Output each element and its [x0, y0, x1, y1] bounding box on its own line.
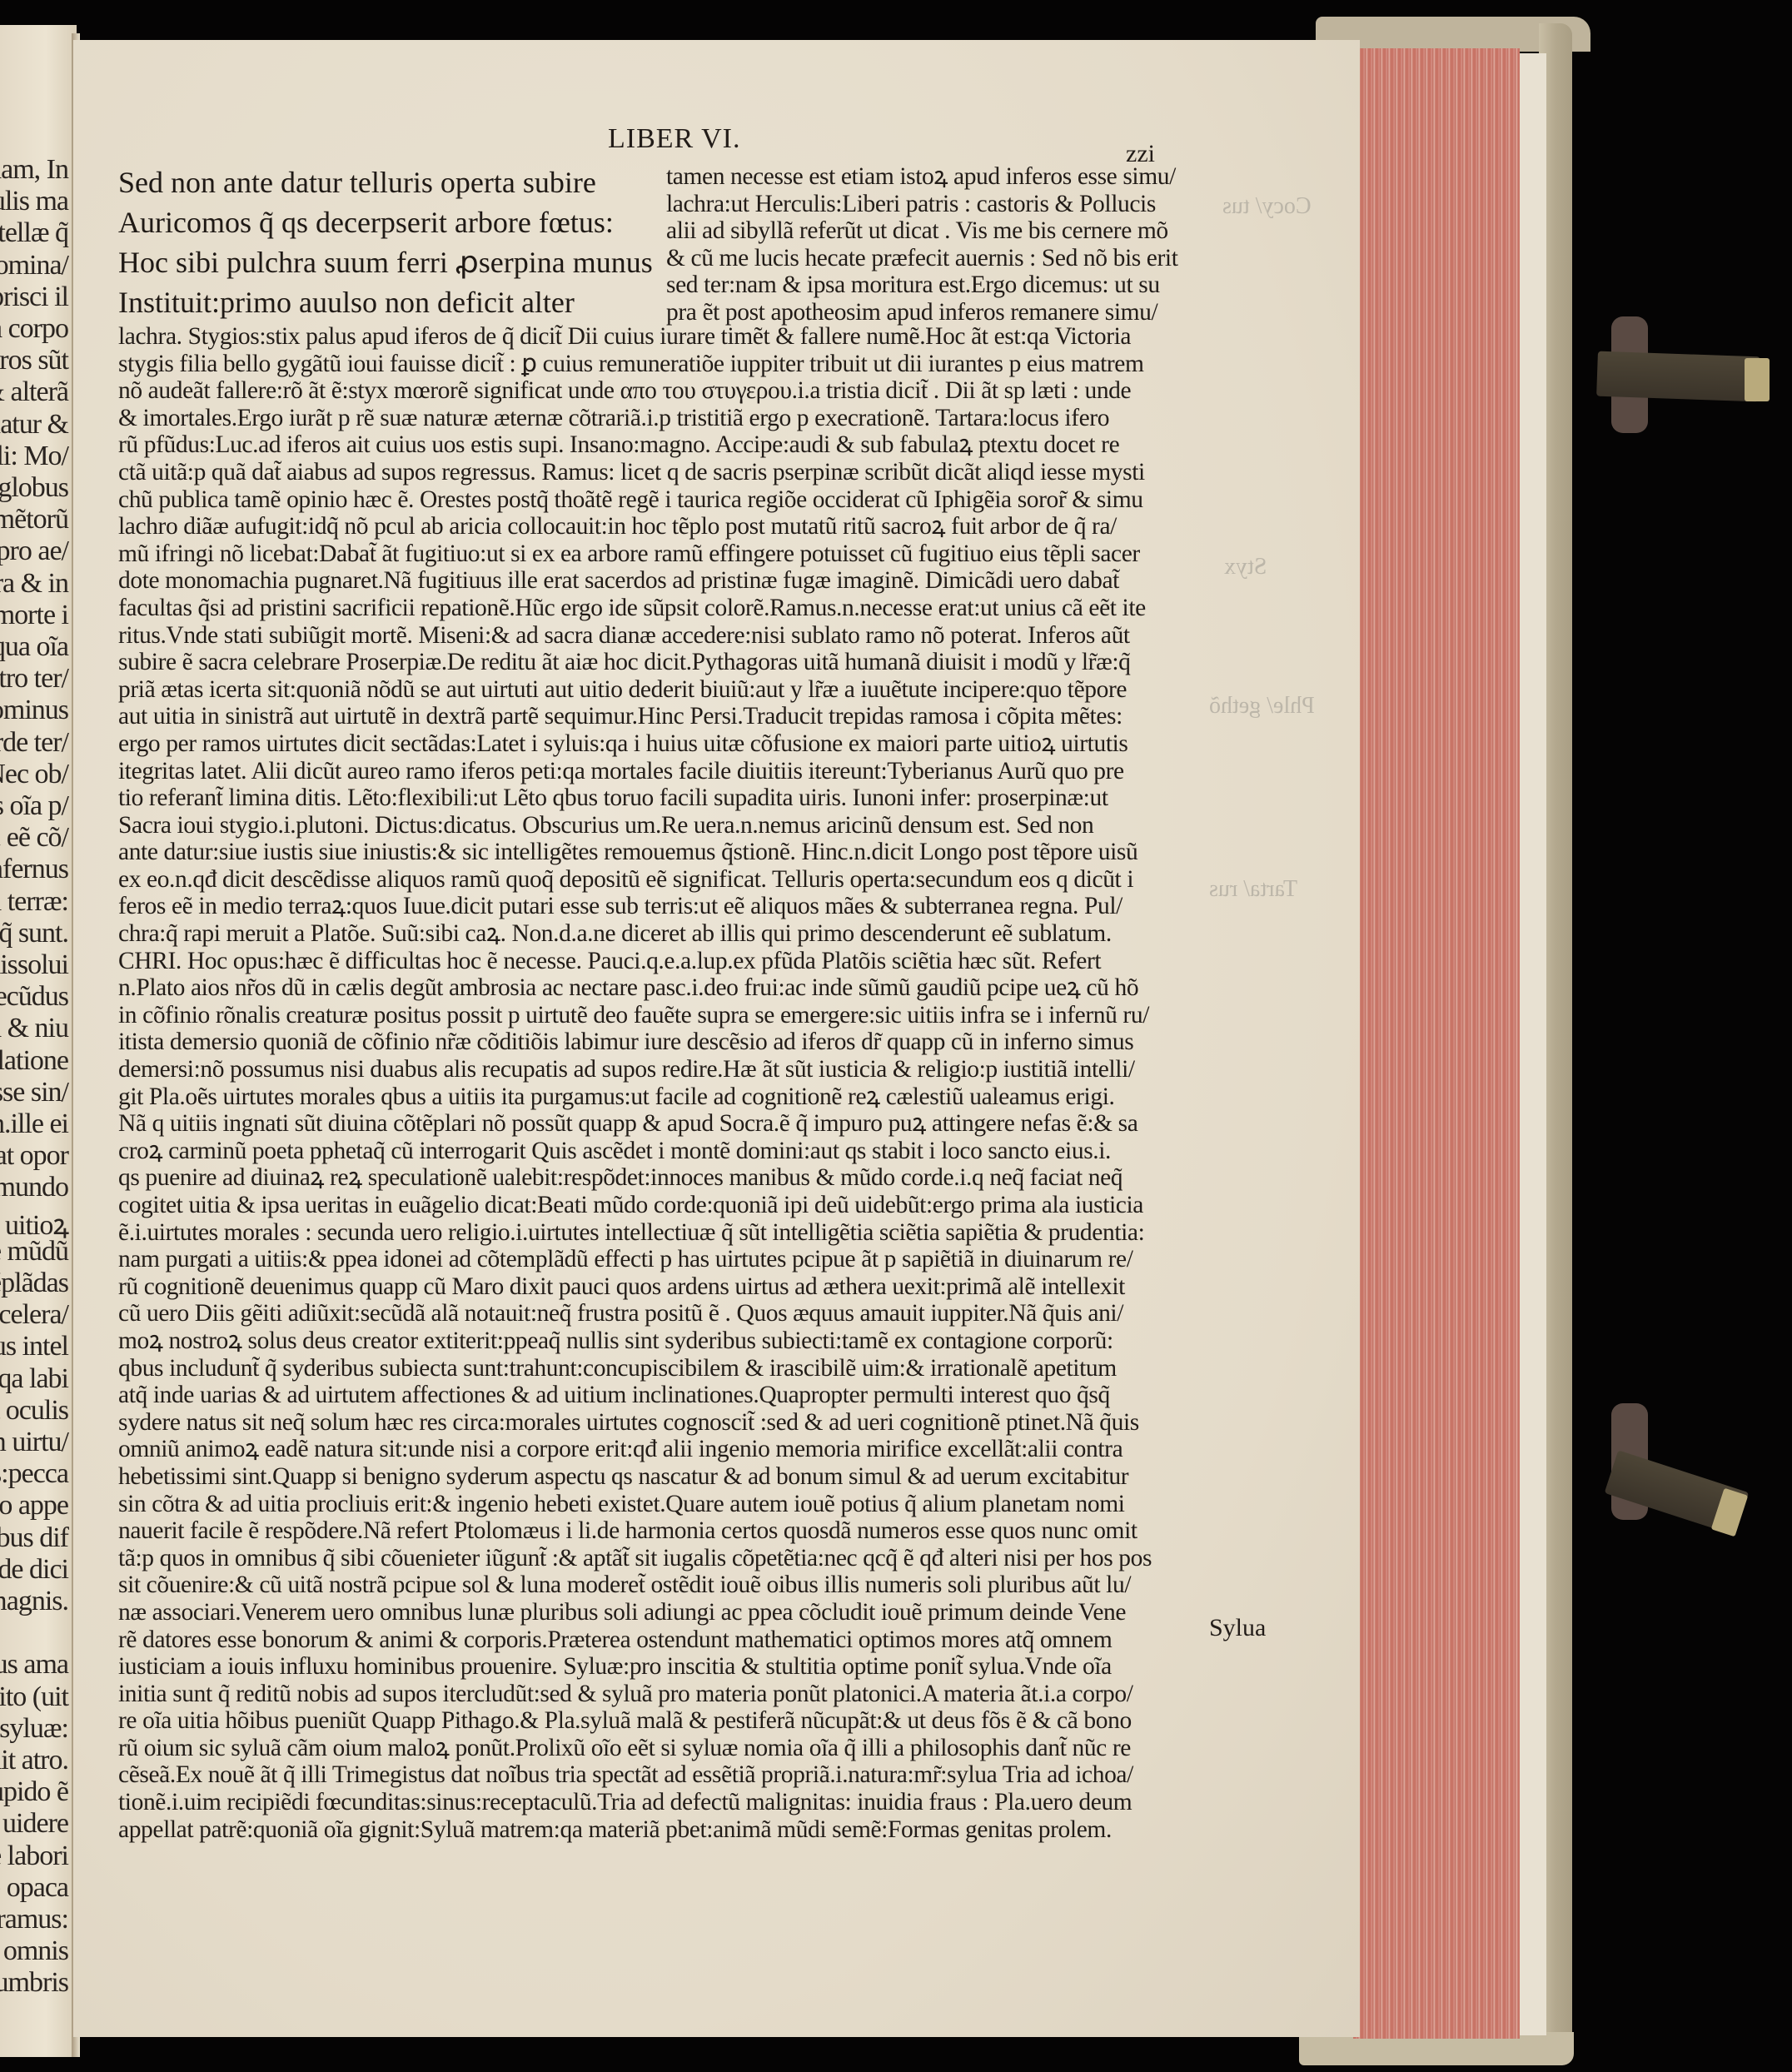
left-page-line-fragment: o Grego.Infernus — [0, 854, 68, 885]
left-page-line-fragment: rpore ide dissolui — [0, 949, 68, 981]
commentary-line: qs puenire ad diuinaꝝ reꝝ speculationẽ u… — [118, 1164, 1201, 1192]
left-page-line-fragment: d corpus intel — [0, 1331, 68, 1362]
commentary-line: ritus.Vnde stati subiũgit mortẽ. Miseni:… — [118, 622, 1201, 650]
left-page-line-fragment: ros æquus ama — [0, 1649, 68, 1681]
left-page-line-fragment: enit atro. — [0, 1745, 68, 1776]
bleed-through-note: Cocy/ tus — [1222, 193, 1312, 220]
left-page-line-fragment: oĩ labe mũdũ — [0, 1236, 68, 1268]
commentary-line: næ associari.Venerem uero omnibus lunæ p… — [118, 1599, 1201, 1626]
commentary-line: & imortales.Ergo iurãt p rẽ suæ naturæ æ… — [118, 405, 1201, 432]
commentary-line: tionẽ.i.uim recipiẽdi fœcunditas:sinus:r… — [118, 1789, 1201, 1816]
left-page-line-fragment: pso infimo appe — [0, 1490, 68, 1522]
verse-block: Sed non ante datur telluris operta subir… — [118, 162, 651, 322]
left-page-line-fragment: a omnia syluæ: — [0, 1713, 68, 1745]
commentary-line: alii ad sibyllã referũt ut dicat . Vis m… — [666, 217, 1199, 245]
left-page-line-fragment: pore domina/ — [0, 250, 68, 281]
left-page-line-fragment: s atq̃ dies:pecca — [0, 1458, 68, 1490]
left-page-line-fragment: it q̃ ipsa corpo — [0, 313, 68, 345]
left-page-line-fragment: t arbore opaca — [0, 1872, 68, 1904]
commentary-line: qbus includunt̃ q̃ syderibus subiecta su… — [118, 1355, 1201, 1382]
left-page-line-fragment: a:Venus pro ae/ — [0, 535, 68, 567]
commentary-line: stygis filia bello gygãtũ ioui fauisse d… — [118, 351, 1201, 378]
left-page-line-fragment: poribus magnis. — [0, 1586, 68, 1617]
commentary-line: ergo per ramos uirtutes dicit sectãdas:L… — [118, 730, 1201, 758]
commentary-line: hebetissimi sint.Quapp si benigno syderu… — [118, 1463, 1201, 1491]
commentary-line: demersi:nõ possumus nisi duabus alis rec… — [118, 1056, 1201, 1083]
left-page-line-fragment: Eripuit dominus — [0, 695, 68, 726]
commentary-line: initia sunt q̃ reditũ nobis ad supos ite… — [118, 1681, 1201, 1708]
left-page-line-fragment: elerius: qa labi — [0, 1363, 68, 1395]
left-page-line-fragment: iferos quoq̃ sunt. — [0, 918, 68, 949]
bleed-through-note: Tarta/ rus — [1209, 876, 1297, 903]
commentary-line: in cõfinio rõnalis creaturæ positus poss… — [118, 1002, 1201, 1029]
left-page-line-fragment: ã descendisse sin/ — [0, 1077, 68, 1108]
commentary-line: cũ uero Diis gẽiti adiũxit:secũdã alã no… — [118, 1300, 1201, 1327]
commentary-line: appellat patrẽ:quoniã oĩa gignit:Syluã m… — [118, 1816, 1201, 1844]
commentary-line: cogitet uitia & ipsa ueritas in euãgelio… — [118, 1192, 1201, 1219]
commentary-line: Nã q uitiis ingnati sũt diuina cõtẽplari… — [118, 1110, 1201, 1138]
commentary-line: rẽ datores esse bonorum & animi & corpor… — [118, 1626, 1201, 1654]
left-page-line-fragment: ut lunæ globus — [0, 472, 68, 504]
commentary-line: sydere natus sit neq̃ solum hæc res circ… — [118, 1409, 1201, 1437]
left-page-line-fragment: quibusdã & niu — [0, 1013, 68, 1044]
left-page-line-fragment: s contẽplãdas — [0, 1268, 68, 1299]
commentary-line: iusticiam a iouis influxu hominibus prou… — [118, 1653, 1201, 1681]
page-edge-strip — [1520, 53, 1546, 2035]
left-page-line-fragment: ther auito (uit — [0, 1681, 68, 1713]
commentary-side-column: tamen necesse est etiam istoꝝ apud infer… — [666, 163, 1199, 326]
left-page-line-fragment: iani ãt i cẽtro ter/ — [0, 663, 68, 695]
commentary-line: subire ẽ sacra celebrare Proserpiæ.De re… — [118, 649, 1201, 676]
commentary-line: nauerit facile ẽ respõdere.Nã refert Pto… — [118, 1517, 1201, 1545]
commentary-line: Sacra ioui stygio.i.plutoni. Dictus:dica… — [118, 812, 1201, 839]
commentary-line: croꝝ carminũ poeta pphetaq̃ cũ interroga… — [118, 1138, 1201, 1165]
commentary-line: lachra. Stygios:stix palus apud iferos d… — [118, 323, 1201, 351]
left-page-line-fragment: quæ patiatur & — [0, 409, 68, 441]
left-page-line-fragment: mutabili: Mo/ — [0, 441, 68, 472]
commentary-line: pra ẽt post apotheosim apud inferos rema… — [666, 299, 1199, 326]
left-page-line-fragment: s cũ icõtẽplatione — [0, 1045, 68, 1077]
commentary-line: mũ ifringi nõ licebat:Dabat̃ ãt fugitiuo… — [118, 540, 1201, 568]
left-page-line-fragment: imur i rebus dif — [0, 1522, 68, 1554]
left-page-line-fragment: uidũt:& alterã — [0, 376, 68, 408]
commentary-line: lachro diãæ aufugit:idq̃ nõ pcul ab aric… — [118, 513, 1201, 540]
left-page-line-fragment: planes terra & in — [0, 568, 68, 600]
commentary-line: tã:p quos in omnibus q̃ sibi cõuenieter … — [118, 1545, 1201, 1572]
commentary-line: chra:q̃ rapi meruit a Platõe. Suũ:sibi c… — [118, 920, 1201, 948]
left-page-line-fragment: i singulis ma — [0, 186, 68, 217]
commentary-line: ante datur:siue iustis siue iniustis:& s… — [118, 839, 1201, 866]
commentary-line: moꝝ nostroꝝ solus deus creator extiterit… — [118, 1327, 1201, 1355]
commentary-line: feros eẽ in medio terraꝝ:quos Iuue.dicit… — [118, 893, 1201, 920]
commentary-line: rũ cognitionẽ deuenimus quapp cũ Maro di… — [118, 1273, 1201, 1301]
bleed-through-note: Styx — [1224, 554, 1267, 580]
left-page-line-fragment: possint illic eẽ cõ/ — [0, 822, 68, 854]
commentary-line: sed ter:nam & ipsa moritura est.Ergo dic… — [666, 271, 1199, 299]
commentary-line: git Pla.oẽs uirtutes morales qbus a uiti… — [118, 1083, 1201, 1111]
commentary-line: ẽ.i.uirtutes morales : secunda uero reli… — [118, 1219, 1201, 1247]
commentary-line: itista demersio quoniã de cõfinio nr̃æ c… — [118, 1029, 1201, 1056]
left-page-line-fragment: lausis ẽt oculis — [0, 1395, 68, 1427]
commentary-line: sit cõuenire:& cũ uitã nostrã pcipue sol… — [118, 1571, 1201, 1599]
clasp-upper-brass-tip-icon — [1745, 358, 1770, 401]
commentary-line: tio referant̃ limina ditis. Lẽto:flexibi… — [118, 784, 1201, 812]
commentary-line: rũ oium sic syluã cãm oium maloꝝ ponũt.P… — [118, 1735, 1201, 1762]
left-page-line-fragment: dũ ascẽdat opor — [0, 1140, 68, 1172]
left-page-line-fragment: t. Ponit.n.ille ei — [0, 1108, 68, 1140]
verse-line: Instituit:primo auulso non deficit alter — [118, 282, 651, 322]
commentary-line: rũ pfũdus:Luc.ad iferos ait cuius uos es… — [118, 431, 1201, 459]
clasp-upper-strap-icon — [1596, 351, 1760, 402]
commentary-line: sin cõtra & ad uitia procliuis erit:& in… — [118, 1491, 1201, 1518]
left-page-line-fragment: ãt ipsam uirtu/ — [0, 1427, 68, 1458]
commentary-line: n.Plato aios nr̃os dũ in cælis degũt amb… — [118, 974, 1201, 1002]
left-page-line-fragment: gra uidere — [0, 1808, 68, 1840]
left-page-line-fragment: dinẽ elemẽtorũ — [0, 504, 68, 535]
commentary-line: atq̃ inde uarias & ad uirtutem affection… — [118, 1382, 1201, 1409]
commentary-line: omniũ animoꝝ eadẽ natura sit:unde nisi a… — [118, 1436, 1201, 1463]
left-page-line-fragment: iferñũ prisci il — [0, 281, 68, 313]
commentary-line: dote monomachia pugnaret.Nã fugitiuus il… — [118, 567, 1201, 595]
commentary-line: CHRI. Hoc opus:hæc ẽ difficultas hoc ẽ n… — [118, 948, 1201, 975]
verse-line: Auricomos q̃ qs decerpserit arbore fœtus… — [118, 202, 651, 242]
commentary-line: chũ publica tamẽ opinio hæc ẽ. Orestes p… — [118, 486, 1201, 514]
left-page-line-fragment: si tãta cupido ẽ — [0, 1776, 68, 1808]
red-sprinkled-fore-edge — [1353, 48, 1520, 2039]
commentary-line: ctã uitã:p quã dat̃ aiabus ad supos regr… — [118, 459, 1201, 486]
commentary-block: lachra. Stygios:stix palus apud iferos d… — [118, 323, 1201, 1843]
marginal-note: Sylua — [1209, 1614, 1266, 1642]
left-page-line-fragment: pud iferos sũt — [0, 345, 68, 376]
verse-line: Hoc sibi pulchra suum ferri ꝓserpina mun… — [118, 242, 651, 282]
commentary-line: aut uitia in sinistrã aut uirtutẽ in dex… — [118, 703, 1201, 730]
left-page-line-fragment: itaq̃ stellæ q̃ — [0, 217, 68, 249]
commentary-line: nam purgati a uitiis:& ppea idonei ad cõ… — [118, 1246, 1201, 1273]
commentary-line: ex eo.n.qđ dicit descẽdisse aliquos ramũ… — [118, 866, 1201, 894]
commentary-line: cẽseã.Ex nouẽ ãt q̃ illi Trimegistus dat… — [118, 1761, 1201, 1789]
left-page-line-fragment: o corpis.Nec ob/ — [0, 759, 68, 790]
running-head: LIBER VI. — [608, 123, 740, 155]
commentary-line: & cũ me lucis hecate præfecit auernis : … — [666, 245, 1199, 272]
commentary-line: itegritas latet. Alii dicũt aureo ramo i… — [118, 758, 1201, 785]
commentary-line: lachra:ut Herculis:Liberi patris : casto… — [666, 191, 1199, 218]
commentary-line: re oĩa uitia hõibus pueniũt Quapp Pithag… — [118, 1707, 1201, 1735]
commentary-line: tamen necesse est etiam istoꝝ apud infer… — [666, 163, 1199, 191]
left-page-line-fragment: ad cẽtrum terræ: — [0, 886, 68, 918]
bleed-through-note: Phle/ gethõ — [1209, 693, 1315, 720]
left-page-line-fragment: turus i corde ter/ — [0, 727, 68, 759]
left-page-line-fragment: pnũt: reliqua oĩa — [0, 631, 68, 663]
commentary-line: facultas q̃si ad pristini sacrificii rep… — [118, 595, 1201, 622]
commentary-line: nõ audeãt fallere:rõ ãt ẽ:styx mœrorẽ si… — [118, 377, 1201, 405]
left-page-line-fragment: bus nostris oĩa p/ — [0, 790, 68, 822]
left-page-line-fragment: ne ramus: — [0, 1904, 68, 1935]
left-page-line-fragment: ito unam, In — [0, 154, 68, 186]
left-page-line-fragment: allibᵒ umbris — [0, 1967, 68, 1999]
left-page-line-fragment: escẽsũ scelera/ — [0, 1299, 68, 1331]
left-page-line-fragment: lgere labori — [0, 1840, 68, 1872]
verse-line: Sed non ante datur telluris operta subir… — [118, 162, 651, 202]
left-page-line-fragment: ibus & mundo — [0, 1172, 68, 1203]
left-page-line-fragment: ũc tegit omnis — [0, 1935, 68, 1967]
left-page-line-fragment: ũ repies.Secũdus — [0, 981, 68, 1013]
left-facing-page: ito unam, Ini singulis maitaq̃ stellæ q̃… — [0, 25, 77, 2057]
commentary-line: priã ætas icerta sit:quoniã nõdũ se aut … — [118, 676, 1201, 704]
left-page-line-fragment: nes trina morte i — [0, 600, 68, 631]
left-page-line-fragment: cultate unde dici — [0, 1554, 68, 1586]
